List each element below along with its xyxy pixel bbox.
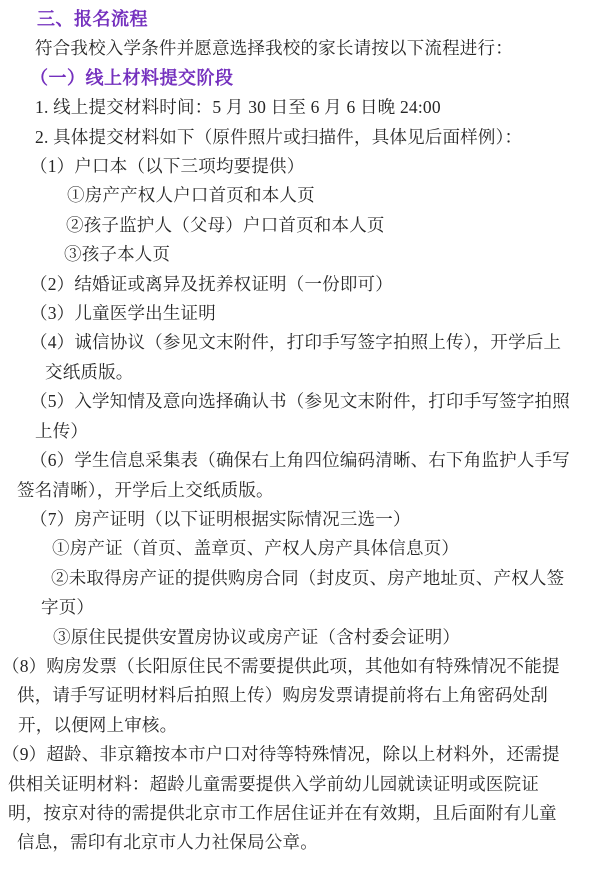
item-2-materials-intro: 2. 具体提交材料如下（原件照片或扫描件，具体见后面样例）： <box>0 123 610 152</box>
item-2-7-sub-2-line-2: 字页） <box>0 593 610 622</box>
item-2-7-sub-3: ③原住民提供安置房协议或房产证（含村委会证明） <box>0 623 610 652</box>
item-2-9-special-line-1: （9）超龄、非京籍按本市户口对待等特殊情况，除以上材料外，还需提 <box>0 740 610 769</box>
item-2-6-info-form-line-1: （6）学生信息采集表（确保右上角四位编码清晰、右下角监护人手写 <box>0 446 610 475</box>
item-2-8-invoice-line-2: 供，请手写证明材料后拍照上传）购房发票请提前将右上角密码处刮 <box>0 681 610 710</box>
item-2-1-sub-3: ③孩子本人页 <box>0 240 610 269</box>
subsection-heading: （一）线上材料提交阶段 <box>0 64 610 93</box>
item-2-1-hukou-book: （1）户口本（以下三项均要提供） <box>0 152 610 181</box>
item-2-7-sub-1: ①房产证（首页、盖章页、产权人房产具体信息页） <box>0 534 610 563</box>
item-2-7-sub-2-line-1: ②未取得房产证的提供购房合同（封皮页、房产地址页、产权人签 <box>0 564 610 593</box>
item-2-5-confirm-line-2: 上传） <box>0 417 610 446</box>
item-2-8-invoice-line-3: 开，以便网上审核。 <box>0 711 610 740</box>
item-2-8-invoice-line-1: （8）购房发票（长阳原住民不需要提供此项，其他如有特殊情况不能提 <box>0 652 610 681</box>
item-2-4-integrity-line-2: 交纸质版。 <box>0 358 610 387</box>
item-2-6-info-form-line-2: 签名清晰），开学后上交纸质版。 <box>0 476 610 505</box>
item-2-3-birth-cert: （3）儿童医学出生证明 <box>0 299 610 328</box>
item-2-1-sub-2: ②孩子监护人（父母）户口首页和本人页 <box>0 211 610 240</box>
item-2-4-integrity-line-1: （4）诚信协议（参见文末附件，打印手写签字拍照上传），开学后上 <box>0 328 610 357</box>
intro-paragraph: 符合我校入学条件并愿意选择我校的家长请按以下流程进行： <box>0 34 610 63</box>
item-1-submission-time: 1. 线上提交材料时间：5 月 30 日至 6 月 6 日晚 24:00 <box>0 93 610 122</box>
item-2-9-special-line-4: 信息，需印有北京市人力社保局公章。 <box>0 828 610 857</box>
section-heading: 三、报名流程 <box>0 5 610 34</box>
item-2-1-sub-1: ①房产产权人户口首页和本人页 <box>0 181 610 210</box>
item-2-9-special-line-3: 明，按京对待的需提供北京市工作居住证并在有效期，且后面附有儿童 <box>0 799 610 828</box>
item-2-9-special-line-2: 供相关证明材料：超龄儿童需要提供入学前幼儿园就读证明或医院证 <box>0 770 610 799</box>
document-page: 三、报名流程 符合我校入学条件并愿意选择我校的家长请按以下流程进行： （一）线上… <box>0 0 610 891</box>
item-2-7-property-proof: （7）房产证明（以下证明根据实际情况三选一） <box>0 505 610 534</box>
item-2-5-confirm-line-1: （5）入学知情及意向选择确认书（参见文末附件，打印手写签字拍照 <box>0 387 610 416</box>
item-2-2-marriage-cert: （2）结婚证或离异及抚养权证明（一份即可） <box>0 270 610 299</box>
